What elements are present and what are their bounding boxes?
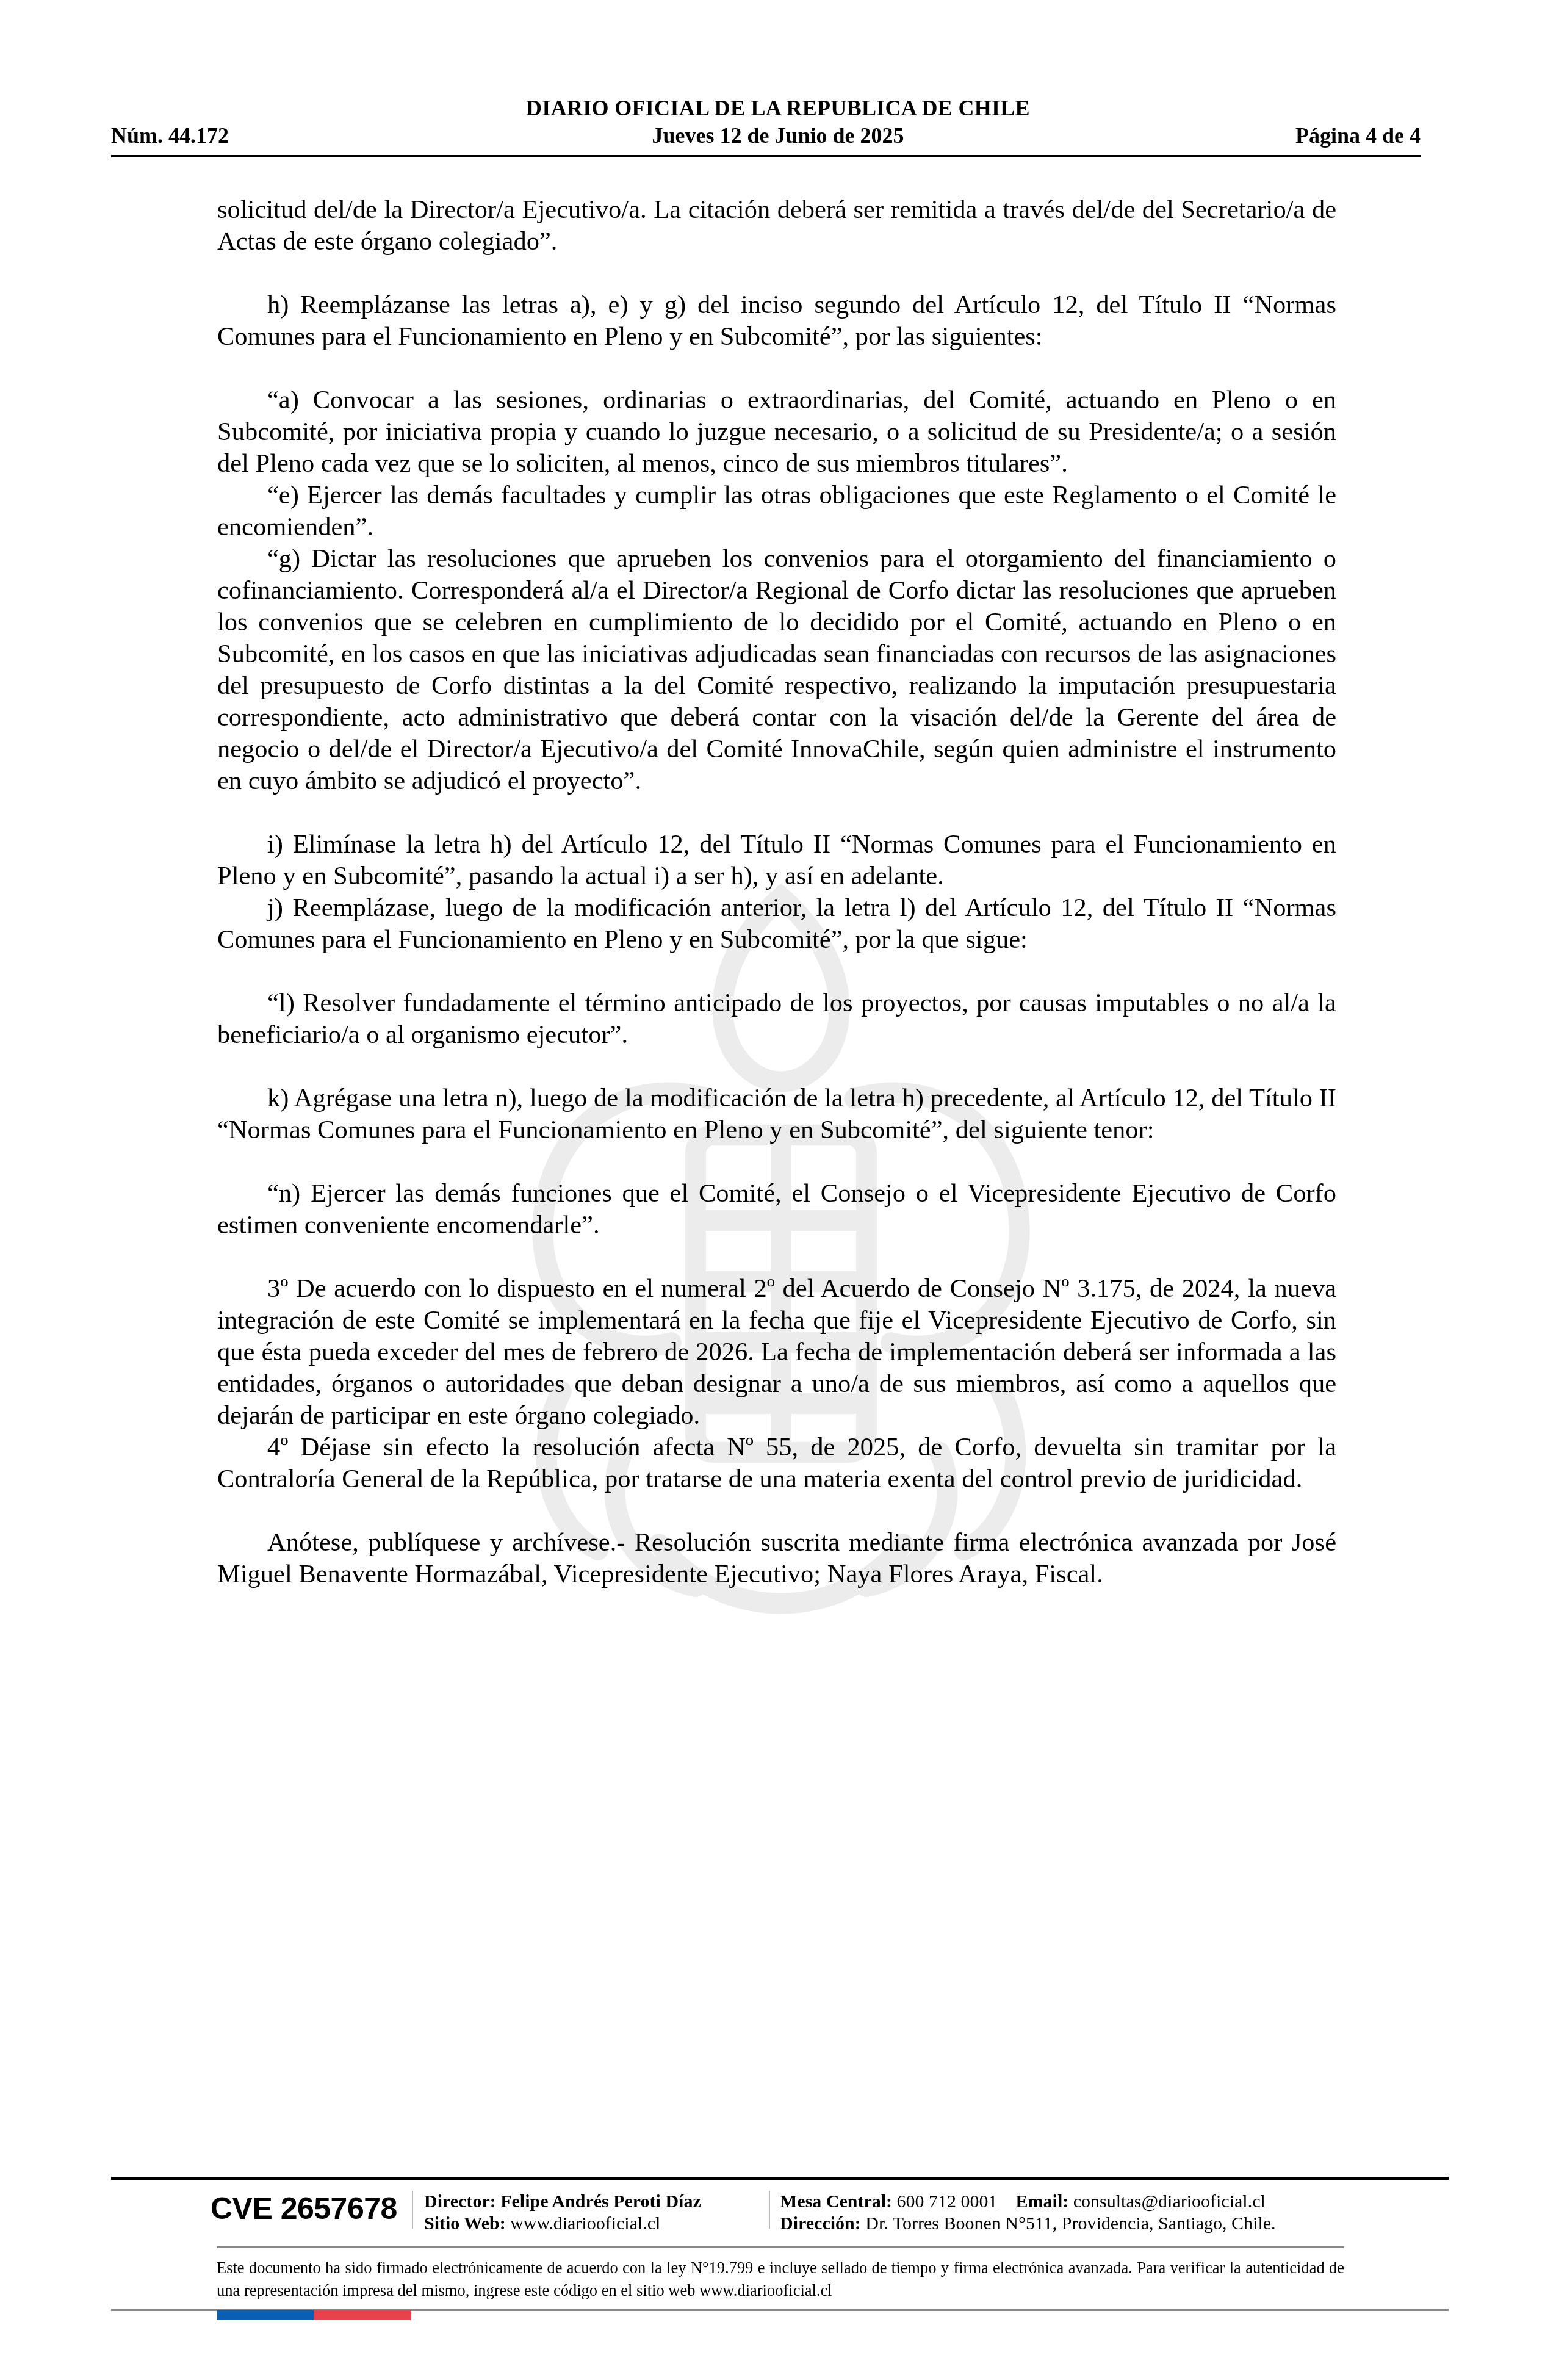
spacer (217, 1051, 1336, 1083)
footer-divider-top (111, 2177, 1449, 2180)
header-divider (111, 155, 1421, 157)
email-link[interactable]: consultas@diariooficial.cl (1073, 2191, 1266, 2212)
phone-label: Mesa Central: (780, 2191, 892, 2212)
paragraph-quote-n: “n) Ejercer las demás funciones que el C… (217, 1178, 1336, 1241)
paragraph-quote-l: “l) Resolver fundadamente el término ant… (217, 987, 1336, 1051)
footer-director-block: Director: Felipe Andrés Peroti Díaz Siti… (424, 2191, 701, 2235)
page-indicator: Página 4 de 4 (1295, 123, 1421, 148)
spacer (217, 258, 1336, 289)
spacer (217, 1495, 1336, 1527)
paragraph-continuation: solicitud del/de la Director/a Ejecutivo… (217, 194, 1336, 258)
paragraph-4: 4º Déjase sin efecto la resolución afect… (217, 1432, 1336, 1495)
footer-contact-block: Mesa Central: 600 712 0001 Email: consul… (780, 2191, 1276, 2235)
flag-stripe-blue (217, 2310, 314, 2320)
footer-separator (412, 2191, 413, 2229)
address-label: Dirección: (780, 2213, 861, 2234)
spacer (217, 353, 1336, 384)
director-name: Felipe Andrés Peroti Díaz (500, 2191, 701, 2212)
spacer (217, 1241, 1336, 1273)
footer-separator (769, 2191, 770, 2229)
footer-divider-middle (217, 2246, 1344, 2248)
paragraph-j: j) Reemplázase, luego de la modificación… (217, 892, 1336, 956)
spacer (217, 956, 1336, 987)
paragraph-quote-g: “g) Dictar las resoluciones que aprueben… (217, 543, 1336, 797)
publication-title: DIARIO OFICIAL DE LA REPUBLICA DE CHILE (0, 95, 1556, 121)
paragraph-i: i) Elimínase la letra h) del Artículo 12… (217, 829, 1336, 892)
paragraph-quote-e: “e) Ejercer las demás facultades y cumpl… (217, 480, 1336, 543)
email-label: Email: (1016, 2191, 1069, 2212)
spacer (217, 797, 1336, 829)
website-link[interactable]: www.diariooficial.cl (510, 2213, 660, 2234)
electronic-signature-notice: Este documento ha sido firmado electróni… (217, 2257, 1344, 2302)
paragraph-closing: Anótese, publíquese y archívese.- Resolu… (217, 1527, 1336, 1590)
paragraph-k: k) Agrégase una letra n), luego de la mo… (217, 1083, 1336, 1146)
website-label: Sitio Web: (424, 2213, 506, 2234)
cve-code: CVE 2657678 (211, 2191, 397, 2226)
director-label: Director: (424, 2191, 496, 2212)
phone-number: 600 712 0001 (897, 2191, 998, 2212)
document-body: solicitud del/de la Director/a Ejecutivo… (217, 194, 1336, 1590)
paragraph-3: 3º De acuerdo con lo dispuesto en el num… (217, 1273, 1336, 1432)
paragraph-quote-a: “a) Convocar a las sesiones, ordinarias … (217, 384, 1336, 480)
flag-stripe-red (314, 2310, 411, 2320)
paragraph-h: h) Reemplázanse las letras a), e) y g) d… (217, 289, 1336, 353)
spacer (217, 1146, 1336, 1178)
address-value: Dr. Torres Boonen N°511, Providencia, Sa… (865, 2213, 1275, 2234)
